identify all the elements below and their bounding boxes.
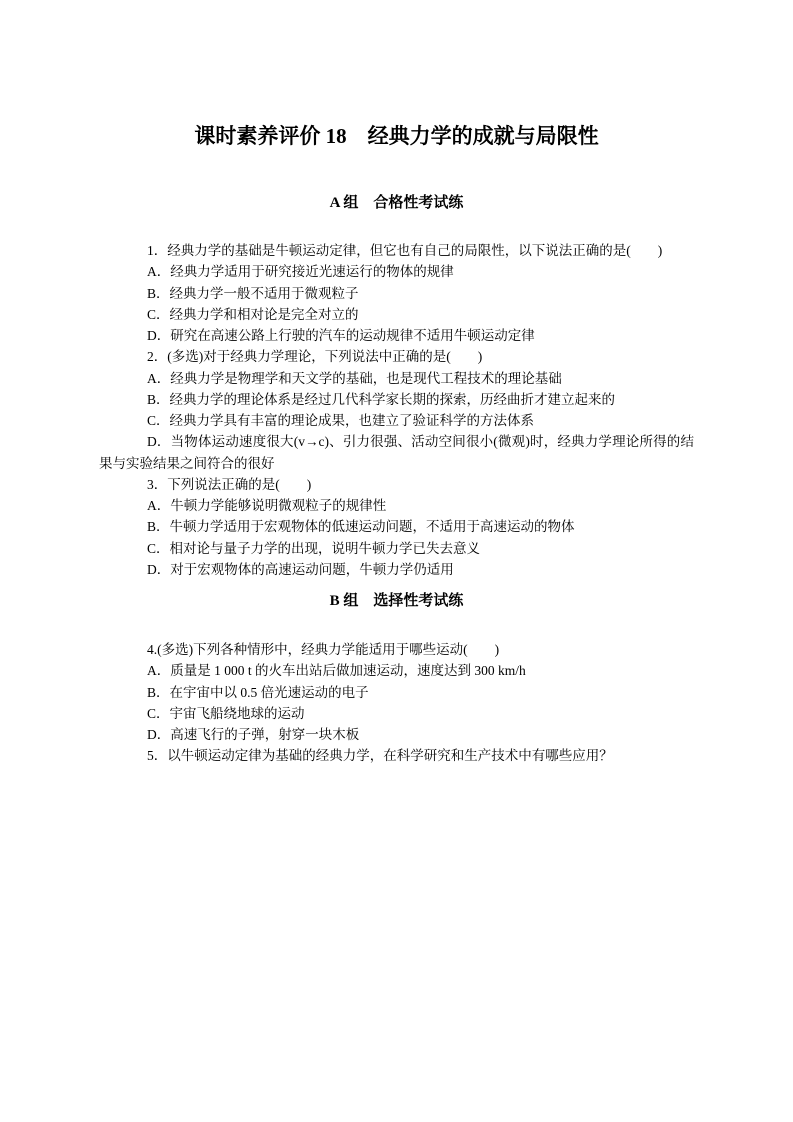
question-4-option-b: B．在宇宙中以 0.5 倍光速运动的电子 xyxy=(99,682,694,703)
section-b-body: 4.(多选)下列各种情形中，经典力学能适用于哪些运动( ) A．质量是 1 00… xyxy=(99,639,694,767)
section-a-heading: A 组 合格性考试练 xyxy=(0,195,793,211)
question-1-option-d: D．研究在高速公路上行驶的汽车的运动规律不适用牛顿运动定律 xyxy=(99,325,694,346)
question-4-option-a: A．质量是 1 000 t 的火车出站后做加速运动，速度达到 300 km/h xyxy=(99,660,694,681)
document-page: 课时素养评价 18 经典力学的成就与局限性 A 组 合格性考试练 1．经典力学的… xyxy=(0,0,793,1122)
question-4: 4.(多选)下列各种情形中，经典力学能适用于哪些运动( ) xyxy=(99,639,694,660)
question-3-option-c: C．相对论与量子力学的出现，说明牛顿力学已失去意义 xyxy=(99,538,694,559)
question-2: 2．(多选)对于经典力学理论，下列说法中正确的是( ) xyxy=(99,346,694,367)
question-1-option-b: B．经典力学一般不适用于微观粒子 xyxy=(99,283,694,304)
question-2-option-b: B．经典力学的理论体系是经过几代科学家长期的探索，历经曲折才建立起来的 xyxy=(99,389,694,410)
question-1-option-a: A．经典力学适用于研究接近光速运行的物体的规律 xyxy=(99,261,694,282)
section-a-body: 1．经典力学的基础是牛顿运动定律，但它也有自己的局限性，以下说法正确的是( ) … xyxy=(99,240,694,580)
question-5: 5．以牛顿运动定律为基础的经典力学，在科学研究和生产技术中有哪些应用？ xyxy=(99,745,694,766)
question-2-option-a: A．经典力学是物理学和天文学的基础，也是现代工程技术的理论基础 xyxy=(99,368,694,389)
question-2-option-c: C．经典力学具有丰富的理论成果，也建立了验证科学的方法体系 xyxy=(99,410,694,431)
question-2-option-d: D．当物体运动速度很大(v→c)、引力很强、活动空间很小(微观)时，经典力学理论… xyxy=(99,431,694,474)
question-4-option-d: D．高速飞行的子弹，射穿一块木板 xyxy=(99,724,694,745)
question-1: 1．经典力学的基础是牛顿运动定律，但它也有自己的局限性，以下说法正确的是( ) xyxy=(99,240,694,261)
question-1-option-c: C．经典力学和相对论是完全对立的 xyxy=(99,304,694,325)
section-b-heading: B 组 选择性考试练 xyxy=(0,593,793,609)
question-4-option-c: C．宇宙飞船绕地球的运动 xyxy=(99,703,694,724)
question-3-option-a: A．牛顿力学能够说明微观粒子的规律性 xyxy=(99,495,694,516)
page-title: 课时素养评价 18 经典力学的成就与局限性 xyxy=(0,0,793,148)
question-3: 3．下列说法正确的是( ) xyxy=(99,474,694,495)
question-3-option-b: B．牛顿力学适用于宏观物体的低速运动问题，不适用于高速运动的物体 xyxy=(99,516,694,537)
question-3-option-d: D．对于宏观物体的高速运动问题，牛顿力学仍适用 xyxy=(99,559,694,580)
